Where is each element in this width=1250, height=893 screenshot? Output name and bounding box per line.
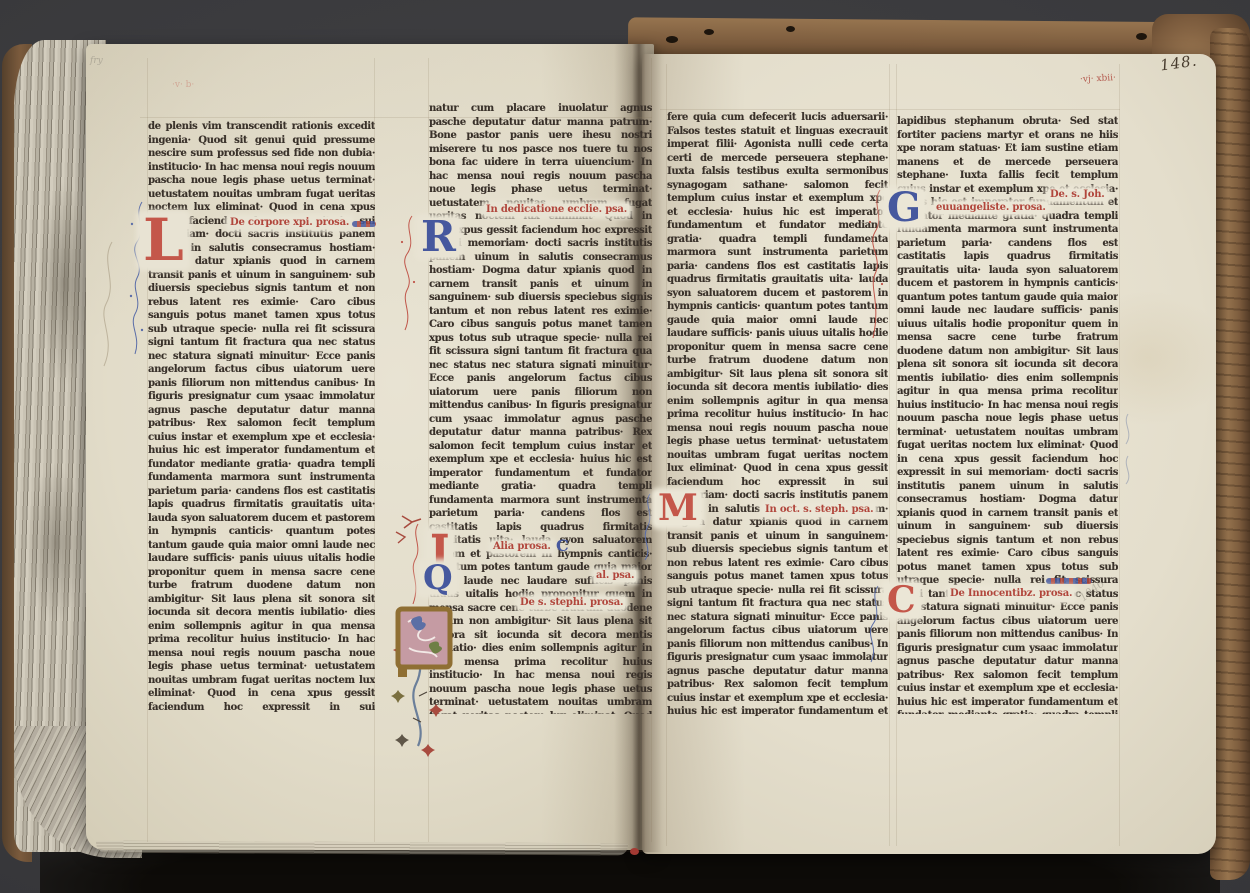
rubric-dedication: In dedicatione ecclie. psa. (484, 204, 629, 216)
rubric-corpus-christi: De corpore xpi. prosa. (228, 217, 351, 229)
line-filler-ornament (352, 221, 376, 227)
initial-L-lauda-syon: L (140, 214, 187, 267)
initial-M-magnus-deus: M (655, 492, 701, 525)
manuscript-photo: de plenis vim transcendit rationis exced… (0, 0, 1250, 893)
rubric-alia-short: al. psa. (594, 570, 636, 582)
illuminated-initial-H-heri-mundus (394, 606, 456, 680)
binding-wormhole (704, 29, 714, 35)
binding-wormhole (786, 26, 795, 32)
initial-G-gratuletur: G (884, 190, 924, 227)
initial-R-rex-salomon: R (418, 218, 459, 257)
right-board-leather (1210, 28, 1250, 880)
binding-wormhole (1136, 33, 1147, 40)
initial-Q-quam-dilecta: Q (420, 563, 456, 594)
ruling-line (660, 109, 1120, 110)
rubric-st-john-2: euuangeliste. prosa. (934, 202, 1048, 214)
initial-C-small: C (553, 539, 572, 554)
ribbon-marker (630, 848, 639, 855)
initial-C-celsa-pueri: C (884, 584, 919, 617)
rubric-st-john-1: De. s. Joh. (1048, 189, 1107, 201)
rubric-st-stephen: De s. stephi. prosa. (518, 597, 625, 609)
text-column-right-1: fere quia cum defecerit lucis aduersarii… (667, 111, 888, 716)
rubric-alia-prosa: Alia prosa. (491, 541, 553, 553)
binding-wormhole (666, 36, 678, 43)
ruling-line (889, 64, 890, 846)
marginal-scribble-left (92, 238, 126, 370)
quire-mark: ·vj· xbii· (1080, 73, 1116, 85)
marginal-marks-right (1116, 410, 1140, 486)
faded-red-mark: ·v· b· (172, 80, 194, 90)
rubric-innocents: De Innocentibz. prosa. (948, 588, 1074, 600)
rubric-stephen-octave: In oct. s. steph. psa. (763, 504, 875, 516)
pencil-note-top-left: fry (90, 56, 103, 66)
line-filler-ornament (1046, 578, 1092, 584)
